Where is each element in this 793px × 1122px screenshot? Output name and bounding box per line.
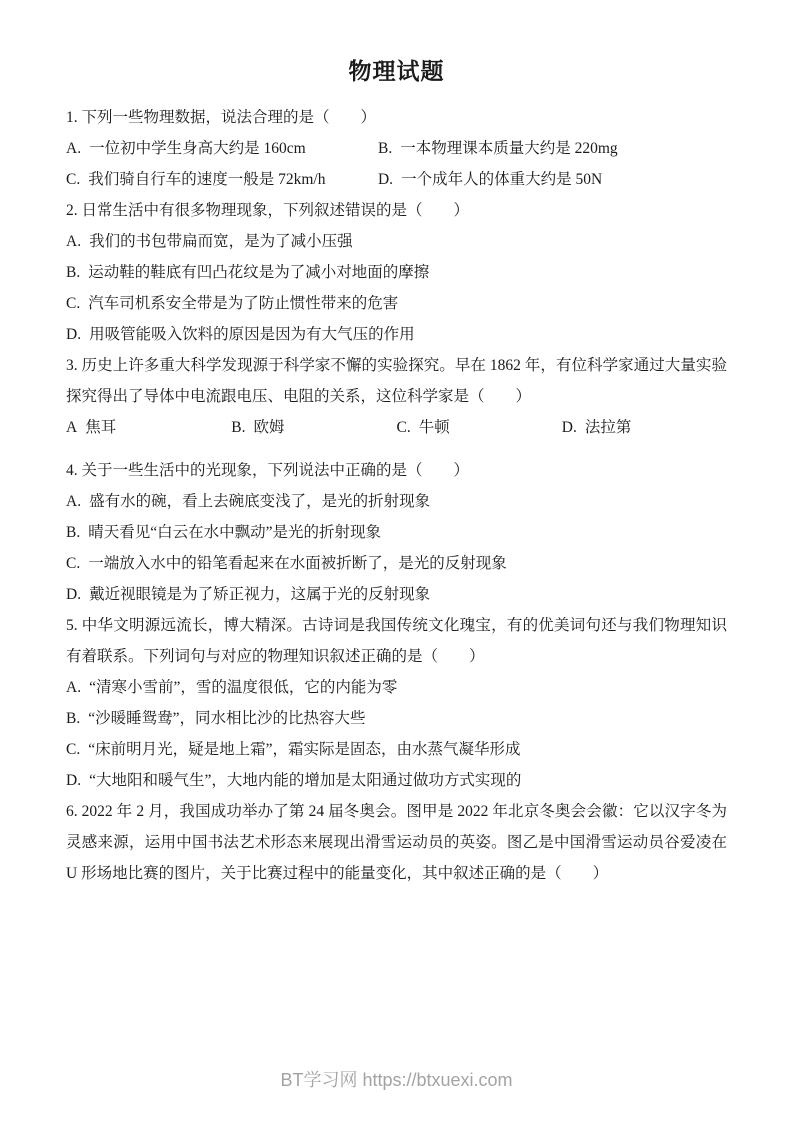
option-b-text: “沙暖睡鸳鸯”，同水相比沙的比热容大些 — [88, 710, 365, 727]
question-5-stem: 5. 中华文明源远流长，博大精深。古诗词是我国传统文化瑰宝，有的优美词句还与我们… — [66, 610, 727, 672]
question-4: 4. 关于一些生活中的光现象，下列说法中正确的是（ ） A.盛有水的碗，看上去碗… — [66, 455, 727, 610]
option-a-label: A. — [66, 679, 81, 696]
document-content: 物理试题 1. 下列一些物理数据，说法合理的是（ ） A.一位初中学生身高大约是… — [0, 0, 793, 889]
option-c-text: “床前明月光，疑是地上霜”，霜实际是固态，由水蒸气凝华形成 — [88, 741, 520, 758]
exam-document-page: 物理试题 1. 下列一些物理数据，说法合理的是（ ） A.一位初中学生身高大约是… — [0, 0, 793, 1122]
question-5: 5. 中华文明源远流长，博大精深。古诗词是我国传统文化瑰宝，有的优美词句还与我们… — [66, 610, 727, 796]
option-d-label: D. — [378, 171, 393, 188]
question-3: 3. 历史上许多重大科学发现源于科学家不懈的实验探究。早在 1862 年，有位科… — [66, 350, 727, 443]
option-a-text: 一位初中学生身高大约是 160cm — [89, 140, 306, 157]
question-4-stem: 4. 关于一些生活中的光现象，下列说法中正确的是（ ） — [66, 455, 727, 486]
question-2: 2. 日常生活中有很多物理现象，下列叙述错误的是（ ） A.我们的书包带扁而宽，… — [66, 195, 727, 350]
option-c-text: 我们骑自行车的速度一般是 72km/h — [88, 171, 325, 188]
option-a: A.“清寒小雪前”，雪的温度很低，它的内能为零 — [66, 672, 727, 703]
option-b: B.“沙暖睡鸳鸯”，同水相比沙的比热容大些 — [66, 703, 727, 734]
option-c: C.汽车司机系安全带是为了防止惯性带来的危害 — [66, 288, 727, 319]
option-a: A.盛有水的碗，看上去碗底变浅了，是光的折射现象 — [66, 486, 727, 517]
option-a-text: 盛有水的碗，看上去碗底变浅了，是光的折射现象 — [89, 493, 430, 510]
page-title: 物理试题 — [66, 0, 727, 89]
question-6: 6. 2022 年 2 月，我国成功举办了第 24 届冬奥会。图甲是 2022 … — [66, 796, 727, 889]
option-c-label: C. — [66, 295, 80, 312]
option-c-text: 牛顿 — [419, 419, 450, 436]
option-d-label: D. — [66, 772, 81, 789]
question-5-options: A.“清寒小雪前”，雪的温度很低，它的内能为零 B.“沙暖睡鸳鸯”，同水相比沙的… — [66, 672, 727, 796]
option-c: C.牛顿 — [397, 412, 562, 443]
option-d-label: D. — [66, 586, 81, 603]
option-a-label: A. — [66, 493, 81, 510]
option-b: B.一本物理课本质量大约是 220mg — [378, 133, 727, 164]
option-a: A.我们的书包带扁而宽，是为了减小压强 — [66, 226, 727, 257]
option-d-label: D. — [562, 419, 577, 436]
option-c-label: C. — [397, 419, 411, 436]
option-a: A焦耳 — [66, 412, 231, 443]
site-watermark: BT学习网 https://btxuexi.com — [0, 1064, 793, 1096]
option-d-text: 用吸管能吸入饮料的原因是因为有大气压的作用 — [89, 326, 415, 343]
option-d-label: D. — [66, 326, 81, 343]
option-d-text: “大地阳和暖气生”，大地内能的增加是太阳通过做功方式实现的 — [89, 772, 521, 789]
question-1: 1. 下列一些物理数据，说法合理的是（ ） A.一位初中学生身高大约是 160c… — [66, 102, 727, 195]
question-list: 1. 下列一些物理数据，说法合理的是（ ） A.一位初中学生身高大约是 160c… — [66, 102, 727, 889]
option-d: D.一个成年人的体重大约是 50N — [378, 164, 727, 195]
option-a: A.一位初中学生身高大约是 160cm — [66, 133, 378, 164]
question-2-options: A.我们的书包带扁而宽，是为了减小压强 B.运动鞋的鞋底有凹凸花纹是为了减小对地… — [66, 226, 727, 350]
option-a-label: A. — [66, 140, 81, 157]
option-b: B.晴天看见“白云在水中飘动”是光的折射现象 — [66, 517, 727, 548]
question-6-stem: 6. 2022 年 2 月，我国成功举办了第 24 届冬奥会。图甲是 2022 … — [66, 796, 727, 889]
option-b: B.欧姆 — [231, 412, 396, 443]
option-b-text: 晴天看见“白云在水中飘动”是光的折射现象 — [88, 524, 381, 541]
option-d-text: 戴近视眼镜是为了矫正视力，这属于光的反射现象 — [89, 586, 430, 603]
option-d-text: 一个成年人的体重大约是 50N — [401, 171, 602, 188]
option-c-label: C. — [66, 741, 80, 758]
option-b-label: B. — [66, 710, 80, 727]
question-4-options: A.盛有水的碗，看上去碗底变浅了，是光的折射现象 B.晴天看见“白云在水中飘动”… — [66, 486, 727, 610]
option-b-text: 一本物理课本质量大约是 220mg — [400, 140, 617, 157]
option-b: B.运动鞋的鞋底有凹凸花纹是为了减小对地面的摩擦 — [66, 257, 727, 288]
option-d: D.法拉第 — [562, 412, 727, 443]
option-b-label: B. — [66, 524, 80, 541]
option-c-text: 汽车司机系安全带是为了防止惯性带来的危害 — [88, 295, 398, 312]
option-d: D.用吸管能吸入饮料的原因是因为有大气压的作用 — [66, 319, 727, 350]
option-a-text: “清寒小雪前”，雪的温度很低，它的内能为零 — [89, 679, 397, 696]
option-a-text: 我们的书包带扁而宽，是为了减小压强 — [89, 233, 353, 250]
site-watermark-text: BT学习网 https://btxuexi.com — [280, 1070, 512, 1090]
question-3-stem: 3. 历史上许多重大科学发现源于科学家不懈的实验探究。早在 1862 年，有位科… — [66, 350, 727, 412]
question-1-stem: 1. 下列一些物理数据，说法合理的是（ ） — [66, 102, 727, 133]
question-1-options: A.一位初中学生身高大约是 160cm B.一本物理课本质量大约是 220mg … — [66, 133, 727, 195]
option-c: C.我们骑自行车的速度一般是 72km/h — [66, 164, 378, 195]
option-a-label: A — [66, 419, 77, 436]
option-a-text: 焦耳 — [85, 419, 116, 436]
option-c-text: 一端放入水中的铅笔看起来在水面被折断了，是光的反射现象 — [88, 555, 507, 572]
option-c-label: C. — [66, 555, 80, 572]
option-c: C.“床前明月光，疑是地上霜”，霜实际是固态，由水蒸气凝华形成 — [66, 734, 727, 765]
option-b-text: 运动鞋的鞋底有凹凸花纹是为了减小对地面的摩擦 — [88, 264, 429, 281]
question-2-stem: 2. 日常生活中有很多物理现象，下列叙述错误的是（ ） — [66, 195, 727, 226]
option-b-label: B. — [378, 140, 392, 157]
option-d-text: 法拉第 — [585, 419, 632, 436]
option-b-label: B. — [66, 264, 80, 281]
option-b-label: B. — [231, 419, 245, 436]
option-b-text: 欧姆 — [253, 419, 284, 436]
option-d: D.“大地阳和暖气生”，大地内能的增加是太阳通过做功方式实现的 — [66, 765, 727, 796]
option-c: C.一端放入水中的铅笔看起来在水面被折断了，是光的反射现象 — [66, 548, 727, 579]
option-a-label: A. — [66, 233, 81, 250]
question-3-options: A焦耳 B.欧姆 C.牛顿 D.法拉第 — [66, 412, 727, 443]
option-d: D.戴近视眼镜是为了矫正视力，这属于光的反射现象 — [66, 579, 727, 610]
option-c-label: C. — [66, 171, 80, 188]
